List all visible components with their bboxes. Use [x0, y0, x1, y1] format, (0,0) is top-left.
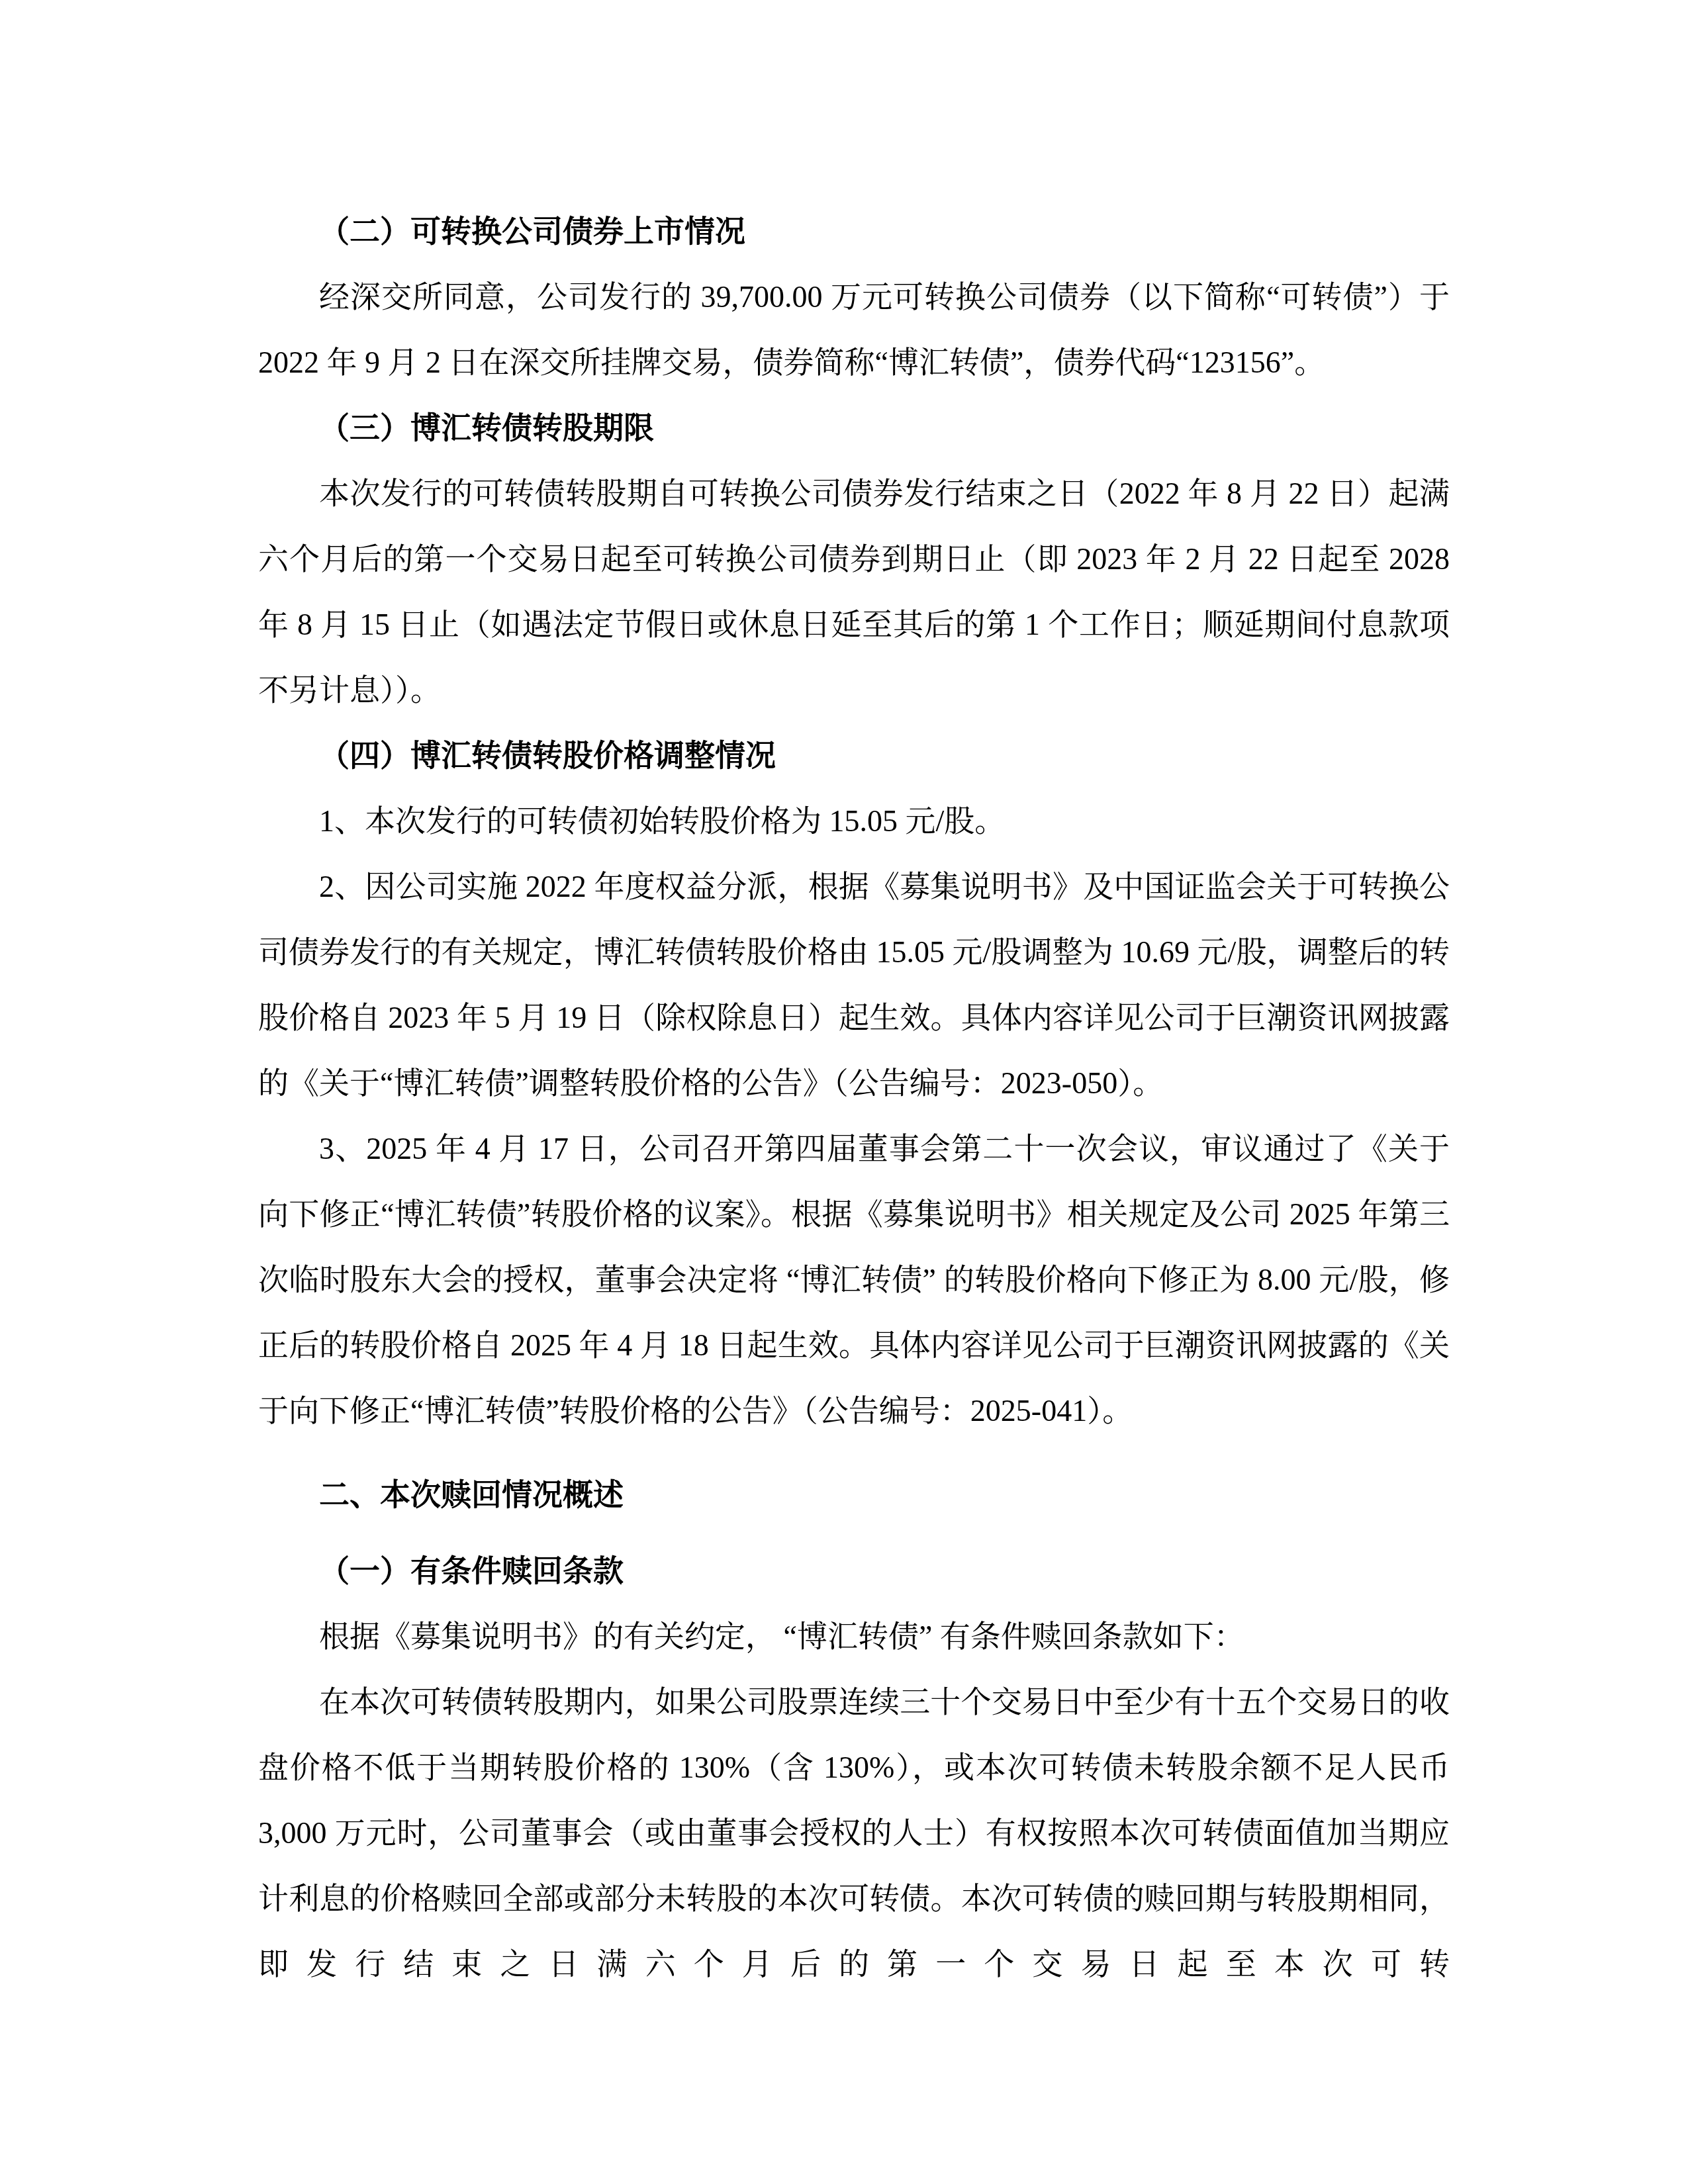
section-heading-conversion-period: （三）博汇转债转股期限	[258, 395, 1450, 461]
paragraph-redemption-clause-intro: 根据《募集说明书》的有关约定， “博汇转债” 有条件赎回条款如下：	[258, 1604, 1450, 1669]
section-heading-conditional-redemption: （一）有条件赎回条款	[258, 1538, 1450, 1604]
section-heading-price-adjustment: （四）博汇转债转股价格调整情况	[258, 723, 1450, 788]
document-page: （二）可转换公司债券上市情况 经深交所同意，公司发行的 39,700.00 万元…	[0, 0, 1688, 2184]
paragraph-price-revision-2025: 3、2025 年 4 月 17 日，公司召开第四届董事会第二十一次会议，审议通过…	[258, 1116, 1450, 1443]
paragraph-initial-price: 1、本次发行的可转债初始转股价格为 15.05 元/股。	[258, 788, 1450, 854]
paragraph-redemption-clause-detail: 在本次可转债转股期内，如果公司股票连续三十个交易日中至少有十五个交易日的收盘价格…	[258, 1669, 1450, 1997]
paragraph-price-adjustment-2023: 2、因公司实施 2022 年度权益分派，根据《募集说明书》及中国证监会关于可转换…	[258, 854, 1450, 1116]
paragraph-conversion-period: 本次发行的可转债转股期自可转换公司债券发行结束之日（2022 年 8 月 22 …	[258, 461, 1450, 723]
chapter-heading-redemption-overview: 二、本次赎回情况概述	[258, 1462, 1450, 1527]
paragraph-bond-listing: 经深交所同意，公司发行的 39,700.00 万元可转换公司债券（以下简称“可转…	[258, 264, 1450, 395]
section-heading-bond-listing: （二）可转换公司债券上市情况	[258, 199, 1450, 264]
